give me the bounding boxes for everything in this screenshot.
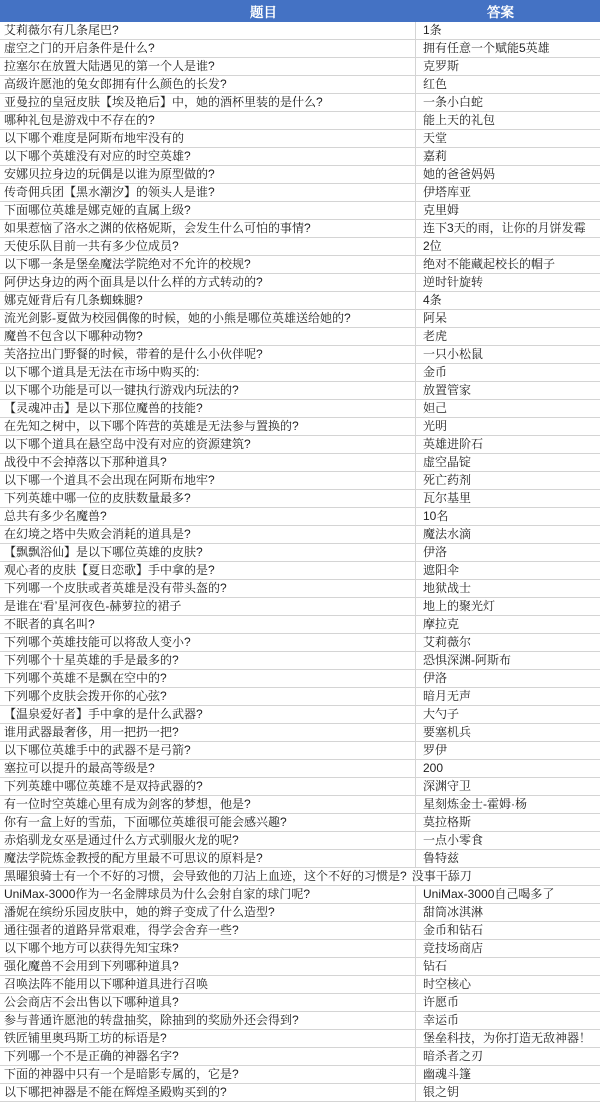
table-row: 【飘飘浴仙】是以下哪位英雄的皮肤? 伊洛 — [0, 544, 600, 562]
question-cell: 铁匠铺里奥玛斯工坊的标语是? — [0, 1030, 415, 1047]
table-row: 下列哪一个皮肤或者英雄是没有带头盔的? 地狱战士 — [0, 580, 600, 598]
answer-cell: 一点小零食 — [415, 832, 600, 849]
table-row: 以下哪个难度是阿斯布地牢没有的 天堂 — [0, 130, 600, 148]
question-cell: 以下哪个英雄没有对应的时空英雄? — [0, 148, 415, 165]
answer-cell: 地上的聚光灯 — [415, 598, 600, 615]
question-cell: 召唤法阵不能用以下哪种道具进行召唤 — [0, 976, 415, 993]
table-row: 以下哪个道具是无法在市场中购买的: 金币 — [0, 364, 600, 382]
table-row: 在幻境之塔中失败会消耗的道具是? 魔法水滴 — [0, 526, 600, 544]
question-cell: 下列英雄中哪位英雄不是双持武器的? — [0, 778, 415, 795]
table-row: 【灵魂冲击】是以下那位魔兽的技能? 妲己 — [0, 400, 600, 418]
answer-cell: 绝对不能藏起校长的帽子 — [415, 256, 600, 273]
question-cell: 你有一盒上好的雪茄，下面哪位英雄很可能会感兴趣? — [0, 814, 415, 831]
question-cell: 魔兽不包含以下哪种动物? — [0, 328, 415, 345]
table-row: 以下哪位英雄手中的武器不是弓箭? 罗伊 — [0, 742, 600, 760]
answer-cell: 星刻炼金士-霍姆·杨 — [415, 796, 600, 813]
table-row: 以下哪个英雄没有对应的时空英雄? 嘉莉 — [0, 148, 600, 166]
table-row: 阿伊达身边的两个面具是以什么样的方式转动的? 逆时针旋转 — [0, 274, 600, 292]
table-row: 在先知之树中，以下哪个阵营的英雄是无法参与置换的? 光明 — [0, 418, 600, 436]
question-cell: 传奇佣兵团【黑水潮汐】的领头人是谁? — [0, 184, 415, 201]
question-cell: 以下哪一条是堡垒魔法学院绝对不允许的校规? — [0, 256, 415, 273]
question-cell: 下列哪一个不是正确的神器名字? — [0, 1048, 415, 1065]
answer-cell: 一条小白蛇 — [415, 94, 600, 111]
answer-cell: 地狱战士 — [415, 580, 600, 597]
answer-cell: 魔法水滴 — [415, 526, 600, 543]
answer-cell: 摩拉克 — [415, 616, 600, 633]
answer-cell: 4条 — [415, 292, 600, 309]
table-row: 下面哪位英雄是娜克娅的直属上级? 克里姆 — [0, 202, 600, 220]
question-cell: 以下哪个难度是阿斯布地牢没有的 — [0, 130, 415, 147]
table-row: 以下哪个地方可以获得先知宝珠? 竞技场商店 — [0, 940, 600, 958]
question-cell: 【温泉爱好者】手中拿的是什么武器? — [0, 706, 415, 723]
answer-cell: 金币 — [415, 364, 600, 381]
question-cell: 哪种礼包是游戏中不存在的? — [0, 112, 415, 129]
answer-cell: 死亡药剂 — [415, 472, 600, 489]
table-row: 哪种礼包是游戏中不存在的? 能上天的礼包 — [0, 112, 600, 130]
question-cell: 以下哪把神器是不能在辉煌圣殿购买到的? — [0, 1084, 415, 1101]
question-cell: 不眠者的真名叫? — [0, 616, 415, 633]
question-cell: 下列哪个皮肤会拨开你的心弦? — [0, 688, 415, 705]
table-row: 以下哪一条是堡垒魔法学院绝对不允许的校规? 绝对不能藏起校长的帽子 — [0, 256, 600, 274]
question-cell: 总共有多少名魔兽? — [0, 508, 415, 525]
question-cell: 艾莉薇尔有几条尾巴? — [0, 22, 415, 39]
question-cell: 以下哪个功能是可以一键执行游戏内玩法的? — [0, 382, 415, 399]
table-row: 如果惹恼了洛水之渊的依格妮斯，会发生什么可怕的事情? 连下3天的雨，让你的月饼发… — [0, 220, 600, 238]
question-cell: 以下哪位英雄手中的武器不是弓箭? — [0, 742, 415, 759]
question-cell: 阿伊达身边的两个面具是以什么样的方式转动的? — [0, 274, 415, 291]
table-row: 参与普通许愿池的转盘抽奖，除抽到的奖励外还会得到? 幸运币 — [0, 1012, 600, 1030]
table-row: 赤焰驯龙女巫是通过什么方式驯服火龙的呢? 一点小零食 — [0, 832, 600, 850]
question-cell: 观心者的皮肤【夏日恋歌】手中拿的是? — [0, 562, 415, 579]
question-cell: 在先知之树中，以下哪个阵营的英雄是无法参与置换的? — [0, 418, 415, 435]
answer-cell: 放置管家 — [415, 382, 600, 399]
question-cell: 【灵魂冲击】是以下那位魔兽的技能? — [0, 400, 415, 417]
table-row: 娜克娅背后有几条蜘蛛腿? 4条 — [0, 292, 600, 310]
question-cell: 以下哪个道具在悬空岛中没有对应的资源建筑? — [0, 436, 415, 453]
question-cell: 下列哪个英雄技能可以将敌人变小? — [0, 634, 415, 651]
table-row: 艾莉薇尔有几条尾巴? 1条 — [0, 22, 600, 40]
question-cell: 赤焰驯龙女巫是通过什么方式驯服火龙的呢? — [0, 832, 415, 849]
answer-cell: 幸运币 — [415, 1012, 600, 1029]
question-cell: 拉塞尔在放置大陆遇见的第一个人是谁? — [0, 58, 415, 75]
table-row: 通往强者的道路异常艰难，得学会舍弃一些? 金币和钻石 — [0, 922, 600, 940]
question-cell: 是谁在‘看’星河夜色-赫萝拉的裙子 — [0, 598, 415, 615]
answer-cell: 罗伊 — [415, 742, 600, 759]
table-row: 【温泉爱好者】手中拿的是什么武器? 大勺子 — [0, 706, 600, 724]
table-row: 魔法学院炼金教授的配方里最不可思议的原料是? 鲁特兹 — [0, 850, 600, 868]
answer-cell: 伊洛 — [415, 544, 600, 561]
table-row: 下列哪一个不是正确的神器名字? 暗杀者之刃 — [0, 1048, 600, 1066]
table-row: 有一位时空英雄心里有成为剑客的梦想，他是? 星刻炼金士-霍姆·杨 — [0, 796, 600, 814]
answer-cell: 逆时针旋转 — [415, 274, 600, 291]
table-row: 铁匠铺里奥玛斯工坊的标语是? 堡垒科技，为你打造无敌神器！ — [0, 1030, 600, 1048]
table-row: 流光剑影-夏做为校园偶像的时候，她的小熊是哪位英雄送给她的? 阿呆 — [0, 310, 600, 328]
question-cell: 下列哪个英雄不是飘在空中的? — [0, 670, 415, 687]
answer-cell: 时空核心 — [415, 976, 600, 993]
answer-cell: 红色 — [415, 76, 600, 93]
table-row: 下列哪个皮肤会拨开你的心弦? 暗月无声 — [0, 688, 600, 706]
answer-cell: 没事干舔刀 — [407, 868, 600, 885]
table-row: 你有一盒上好的雪茄，下面哪位英雄很可能会感兴趣? 莫拉格斯 — [0, 814, 600, 832]
table-row: 虚空之门的开启条件是什么? 拥有任意一个赋能5英雄 — [0, 40, 600, 58]
table-row: 下列英雄中哪位英雄不是双持武器的? 深渊守卫 — [0, 778, 600, 796]
question-cell: 娜克娅背后有几条蜘蛛腿? — [0, 292, 415, 309]
answer-cell: 一只小松鼠 — [415, 346, 600, 363]
answer-cell: 伊洛 — [415, 670, 600, 687]
question-cell: 高级许愿池的兔女郎拥有什么颜色的长发? — [0, 76, 415, 93]
answer-cell: 钻石 — [415, 958, 600, 975]
question-cell: 下列英雄中哪一位的皮肤数量最多? — [0, 490, 415, 507]
question-cell: 谁用武器最奢侈，用一把扔一把? — [0, 724, 415, 741]
table-row: 强化魔兽不会用到下列哪种道具? 钻石 — [0, 958, 600, 976]
question-cell: 下列哪个十星英雄的手是最多的? — [0, 652, 415, 669]
answer-cell: 鲁特兹 — [415, 850, 600, 867]
answer-cell: 暗月无声 — [415, 688, 600, 705]
table-row: 不眠者的真名叫? 摩拉克 — [0, 616, 600, 634]
answer-cell: 堡垒科技，为你打造无敌神器！ — [415, 1030, 600, 1047]
answer-cell: 深渊守卫 — [415, 778, 600, 795]
answer-cell: 遮阳伞 — [415, 562, 600, 579]
table-header: 题目 答案 — [0, 0, 600, 22]
answer-cell: 英雄进阶石 — [415, 436, 600, 453]
table-row: 战役中不会掉落以下那种道具? 虚空晶锭 — [0, 454, 600, 472]
question-cell: 以下哪个地方可以获得先知宝珠? — [0, 940, 415, 957]
table-row: 观心者的皮肤【夏日恋歌】手中拿的是? 遮阳伞 — [0, 562, 600, 580]
answer-cell: 连下3天的雨，让你的月饼发霉 — [415, 220, 600, 237]
question-cell: 亚曼拉的皇冠皮肤【埃及艳后】中，她的酒杯里装的是什么? — [0, 94, 415, 111]
question-cell: 天使乐队目前一共有多少位成员? — [0, 238, 415, 255]
answer-cell: 莫拉格斯 — [415, 814, 600, 831]
table-row: 拉塞尔在放置大陆遇见的第一个人是谁? 克罗斯 — [0, 58, 600, 76]
answer-cell: 阿呆 — [415, 310, 600, 327]
question-cell: 魔法学院炼金教授的配方里最不可思议的原料是? — [0, 850, 415, 867]
answer-cell: 虚空晶锭 — [415, 454, 600, 471]
question-cell: 芙洛拉出门野餐的时候，带着的是什么小伙伴呢? — [0, 346, 415, 363]
answer-cell: 嘉莉 — [415, 148, 600, 165]
table-row: 魔兽不包含以下哪种动物? 老虎 — [0, 328, 600, 346]
answer-cell: 艾莉薇尔 — [415, 634, 600, 651]
header-answer-column: 答案 — [415, 1, 600, 21]
question-cell: 下列哪一个皮肤或者英雄是没有带头盔的? — [0, 580, 415, 597]
answer-cell: 妲己 — [415, 400, 600, 417]
table-row: UniMax-3000作为一名金牌球员为什么会射自家的球门呢? UniMax-3… — [0, 886, 600, 904]
answer-cell: 幽魂斗篷 — [415, 1066, 600, 1083]
question-cell: 塞拉可以提升的最高等级是? — [0, 760, 415, 777]
answer-cell: 竞技场商店 — [415, 940, 600, 957]
question-cell: 潘妮在缤纷乐园皮肤中，她的辫子变成了什么造型? — [0, 904, 415, 921]
table-row: 安娜贝拉身边的玩偶是以谁为原型做的? 她的爸爸妈妈 — [0, 166, 600, 184]
answer-cell: 1条 — [415, 22, 600, 39]
table-row: 塞拉可以提升的最高等级是? 200 — [0, 760, 600, 778]
answer-cell: 10名 — [415, 508, 600, 525]
answer-cell: 能上天的礼包 — [415, 112, 600, 129]
answer-cell: 甜筒冰淇淋 — [415, 904, 600, 921]
quiz-answer-table: 题目 答案 艾莉薇尔有几条尾巴? 1条 虚空之门的开启条件是什么? 拥有任意一个… — [0, 0, 600, 1102]
answer-cell: 她的爸爸妈妈 — [415, 166, 600, 183]
table-row: 下面的神器中只有一个是暗影专属的，它是? 幽魂斗篷 — [0, 1066, 600, 1084]
question-cell: 强化魔兽不会用到下列哪种道具? — [0, 958, 415, 975]
answer-cell: 金币和钻石 — [415, 922, 600, 939]
question-cell: 以下哪一个道具不会出现在阿斯布地牢? — [0, 472, 415, 489]
header-question-column: 题目 — [0, 1, 415, 21]
table-row: 以下哪把神器是不能在辉煌圣殿购买到的? 银之钥 — [0, 1084, 600, 1102]
table-row: 公会商店不会出售以下哪种道具? 许愿币 — [0, 994, 600, 1012]
answer-cell: 银之钥 — [415, 1084, 600, 1101]
question-cell: 有一位时空英雄心里有成为剑客的梦想，他是? — [0, 796, 415, 813]
answer-cell: 克里姆 — [415, 202, 600, 219]
question-cell: 在幻境之塔中失败会消耗的道具是? — [0, 526, 415, 543]
table-row: 下列英雄中哪一位的皮肤数量最多? 瓦尔基里 — [0, 490, 600, 508]
table-row: 高级许愿池的兔女郎拥有什么颜色的长发? 红色 — [0, 76, 600, 94]
question-cell: 黑曜狼骑士有一个不好的习惯，会导致他的刀沾上血迹，这个不好的习惯是? — [0, 868, 407, 885]
answer-cell: 瓦尔基里 — [415, 490, 600, 507]
table-row: 召唤法阵不能用以下哪种道具进行召唤 时空核心 — [0, 976, 600, 994]
answer-cell: 恐惧深渊-阿斯布 — [415, 652, 600, 669]
question-cell: 如果惹恼了洛水之渊的依格妮斯，会发生什么可怕的事情? — [0, 220, 415, 237]
answer-cell: 2位 — [415, 238, 600, 255]
table-row: 亚曼拉的皇冠皮肤【埃及艳后】中，她的酒杯里装的是什么? 一条小白蛇 — [0, 94, 600, 112]
table-row: 下列哪个英雄技能可以将敌人变小? 艾莉薇尔 — [0, 634, 600, 652]
question-cell: 安娜贝拉身边的玩偶是以谁为原型做的? — [0, 166, 415, 183]
question-cell: 通往强者的道路异常艰难，得学会舍弃一些? — [0, 922, 415, 939]
answer-cell: 200 — [415, 760, 600, 777]
table-row: 下列哪个十星英雄的手是最多的? 恐惧深渊-阿斯布 — [0, 652, 600, 670]
answer-cell: 克罗斯 — [415, 58, 600, 75]
table-row: 芙洛拉出门野餐的时候，带着的是什么小伙伴呢? 一只小松鼠 — [0, 346, 600, 364]
answer-cell: UniMax-3000自己喝多了 — [415, 886, 600, 903]
question-cell: UniMax-3000作为一名金牌球员为什么会射自家的球门呢? — [0, 886, 415, 903]
question-cell: 公会商店不会出售以下哪种道具? — [0, 994, 415, 1011]
answer-cell: 要塞机兵 — [415, 724, 600, 741]
question-cell: 参与普通许愿池的转盘抽奖，除抽到的奖励外还会得到? — [0, 1012, 415, 1029]
answer-cell: 拥有任意一个赋能5英雄 — [415, 40, 600, 57]
answer-cell: 许愿币 — [415, 994, 600, 1011]
table-row: 是谁在‘看’星河夜色-赫萝拉的裙子 地上的聚光灯 — [0, 598, 600, 616]
question-cell: 流光剑影-夏做为校园偶像的时候，她的小熊是哪位英雄送给她的? — [0, 310, 415, 327]
table-row: 下列哪个英雄不是飘在空中的? 伊洛 — [0, 670, 600, 688]
answer-cell: 大勺子 — [415, 706, 600, 723]
question-cell: 战役中不会掉落以下那种道具? — [0, 454, 415, 471]
question-cell: 下面哪位英雄是娜克娅的直属上级? — [0, 202, 415, 219]
question-cell: 【飘飘浴仙】是以下哪位英雄的皮肤? — [0, 544, 415, 561]
table-row: 黑曜狼骑士有一个不好的习惯，会导致他的刀沾上血迹，这个不好的习惯是? 没事干舔刀 — [0, 868, 600, 886]
answer-cell: 伊塔库亚 — [415, 184, 600, 201]
answer-cell: 天堂 — [415, 130, 600, 147]
answer-cell: 暗杀者之刃 — [415, 1048, 600, 1065]
table-row: 以下哪个道具在悬空岛中没有对应的资源建筑? 英雄进阶石 — [0, 436, 600, 454]
table-row: 以下哪个功能是可以一键执行游戏内玩法的? 放置管家 — [0, 382, 600, 400]
table-row: 以下哪一个道具不会出现在阿斯布地牢? 死亡药剂 — [0, 472, 600, 490]
table-row: 谁用武器最奢侈，用一把扔一把? 要塞机兵 — [0, 724, 600, 742]
question-cell: 下面的神器中只有一个是暗影专属的，它是? — [0, 1066, 415, 1083]
question-cell: 虚空之门的开启条件是什么? — [0, 40, 415, 57]
table-body: 艾莉薇尔有几条尾巴? 1条 虚空之门的开启条件是什么? 拥有任意一个赋能5英雄 … — [0, 22, 600, 1102]
answer-cell: 老虎 — [415, 328, 600, 345]
table-row: 天使乐队目前一共有多少位成员? 2位 — [0, 238, 600, 256]
table-row: 传奇佣兵团【黑水潮汐】的领头人是谁? 伊塔库亚 — [0, 184, 600, 202]
table-row: 潘妮在缤纷乐园皮肤中，她的辫子变成了什么造型? 甜筒冰淇淋 — [0, 904, 600, 922]
question-cell: 以下哪个道具是无法在市场中购买的: — [0, 364, 415, 381]
table-row: 总共有多少名魔兽? 10名 — [0, 508, 600, 526]
answer-cell: 光明 — [415, 418, 600, 435]
